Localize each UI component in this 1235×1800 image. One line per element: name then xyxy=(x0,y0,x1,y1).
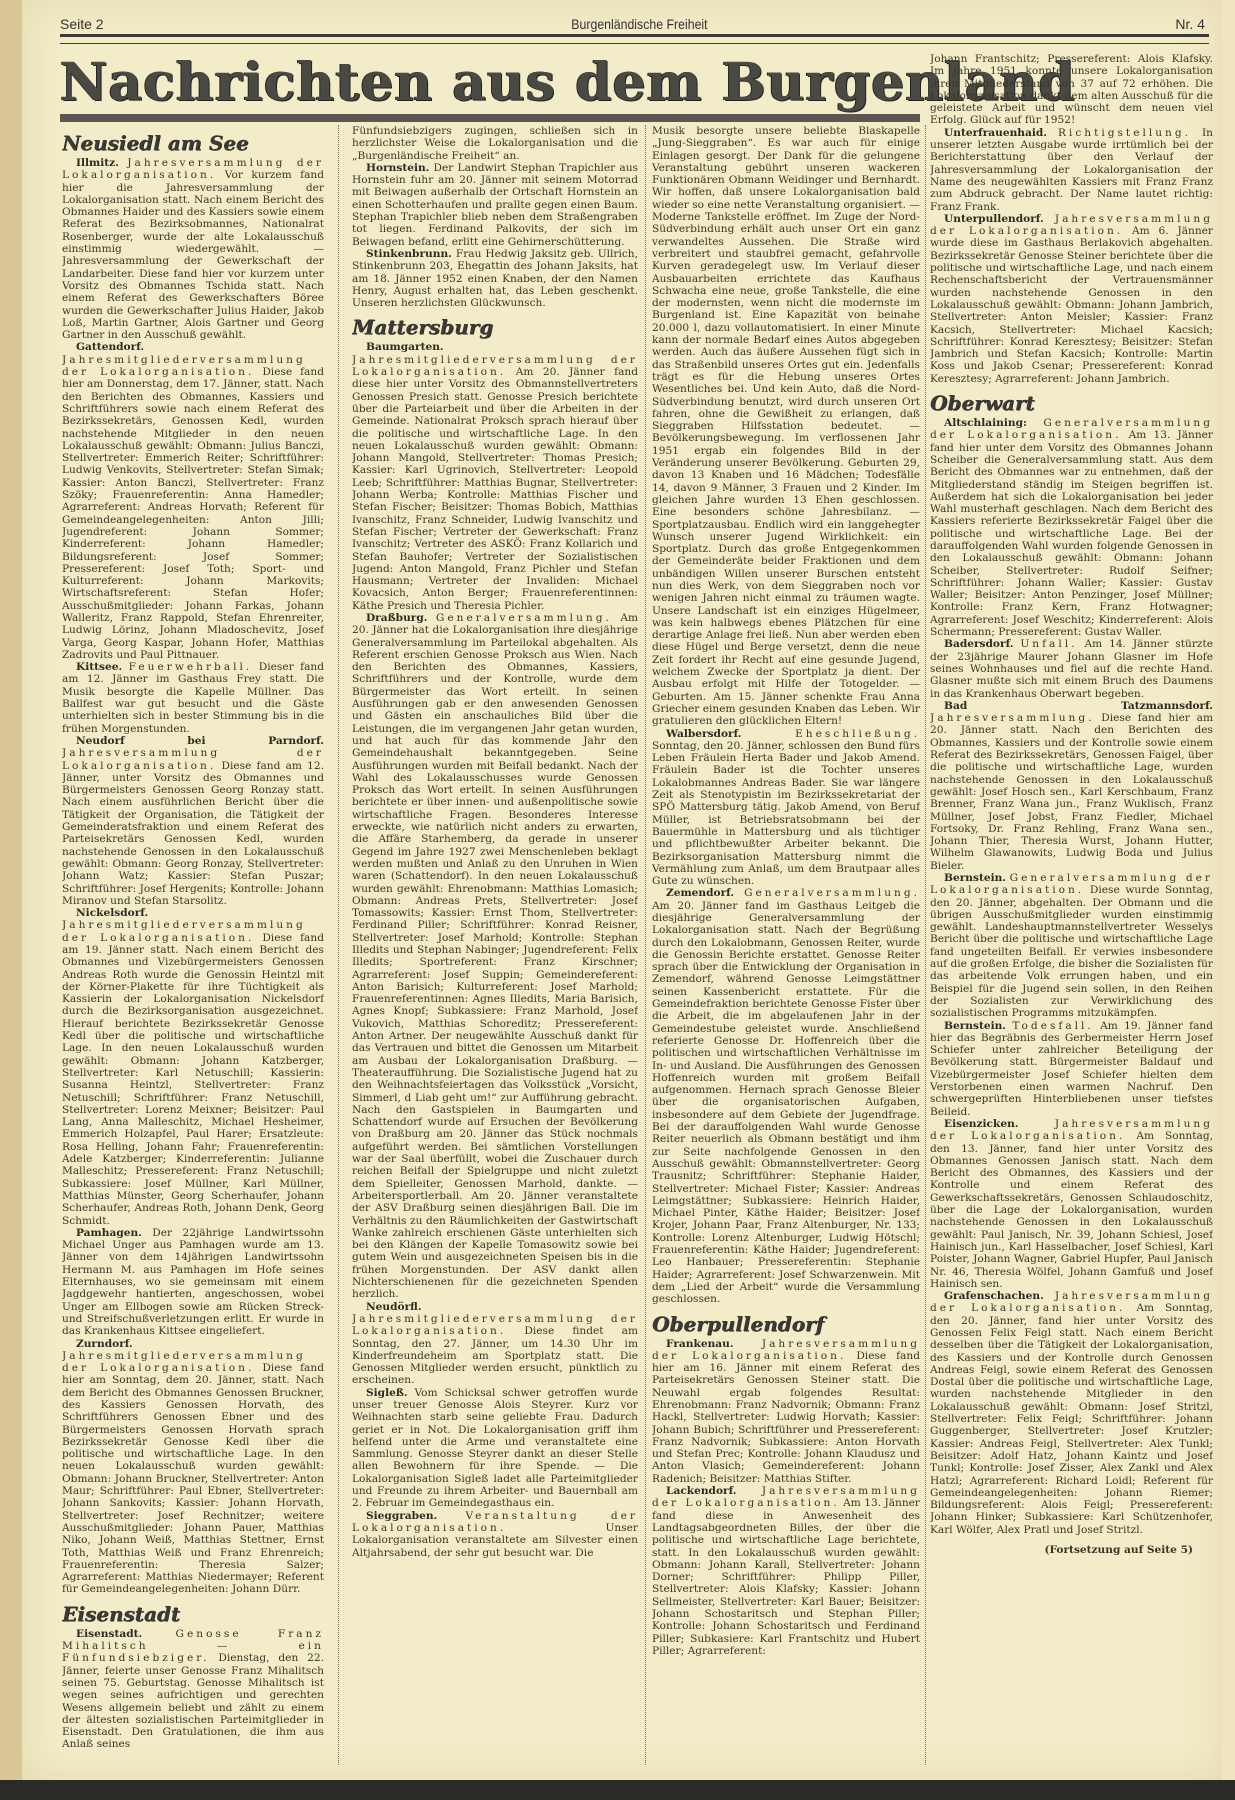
article-body: Diese fand hier am Sonntag, dem 20. Jänn… xyxy=(62,1362,324,1595)
article-grafenschachen: Grafenschachen. Jahresversammlung der Lo… xyxy=(930,1290,1213,1536)
article-eisenstadt: Eisenstadt. Genosse Franz Mihalitsch — e… xyxy=(62,1628,324,1751)
article-place: Gattendorf. xyxy=(76,341,144,353)
article-stinkenbrunn: Stinkenbrunn. Frau Hedwig Jaksitz geb. U… xyxy=(352,248,638,309)
column-4: Johann Frantschitz; Pressereferent: Aloi… xyxy=(930,53,1213,1773)
article-continued: Fünfundsiebzigers zugingen, schließen si… xyxy=(352,125,638,162)
article-place: Pamhagen. xyxy=(76,1227,142,1239)
article-continued: Musik besorgte unsere beliebte Blaskapel… xyxy=(652,125,920,728)
article-body: Am 13. Jänner fand diese in Anwesenheit … xyxy=(652,1497,920,1657)
newspaper-name: Burgenländische Freiheit xyxy=(571,16,707,32)
column-1: Neusiedl am See Illmitz. Jahresversammlu… xyxy=(62,125,324,1775)
article-drassburg: Draßburg. Generalversammlung. Am 20. Jän… xyxy=(352,612,638,1301)
article-place: Sieggraben. xyxy=(366,1510,437,1522)
article-neudoerfl: Neudörfl. Jahresmitgliederversammlung de… xyxy=(352,1301,638,1387)
article-body: Diese fand am 12. Jänner, unter Vorsitz … xyxy=(62,760,324,907)
page-headline: Nachrichten aus dem Burgenland xyxy=(60,55,920,111)
article-place: Bad Tatzmannsdorf. xyxy=(944,700,1213,712)
article-place: Draßburg. xyxy=(366,612,427,624)
column-divider xyxy=(925,125,927,1765)
running-header: Seite 2 Burgenländische Freiheit Nr. 4 xyxy=(60,8,1205,32)
article-unterpullendorf: Unterpullendorf. Jahresversammlung der L… xyxy=(930,213,1213,385)
article-zurndorf: Zurndorf. Jahresmitgliederversammlung de… xyxy=(62,1338,324,1596)
section-heading-neusiedl: Neusiedl am See xyxy=(62,131,324,155)
article-place: Bernstein. xyxy=(944,872,1006,884)
article-place: Badersdorf. xyxy=(944,638,1013,650)
article-place: Eisenzicken. xyxy=(944,1118,1018,1130)
article-kittsee: Kittsee. Feuerwehrball. Dieser fand am 1… xyxy=(62,661,324,735)
article-body: Der 22jährige Landwirtssohn Michael Unge… xyxy=(62,1227,324,1337)
article-neudorf: Neudorf bei Parndorf. Jahresversammlung … xyxy=(62,735,324,907)
article-frankenau: Frankenau. Jahresversammlung der Lokalor… xyxy=(652,1338,920,1486)
article-sigless: Sigleß. Vom Schicksal schwer getroffen w… xyxy=(352,1387,638,1510)
article-place: Kittsee. xyxy=(76,661,122,673)
article-place: Altschlaining: xyxy=(944,417,1027,429)
article-illmitz: Illmitz. Jahresversammlung der Lokalorga… xyxy=(62,157,324,341)
column-2: Fünfundsiebzigers zugingen, schließen si… xyxy=(352,125,638,1775)
article-walbersdorf: Walbersdorf. Eheschließung. Sonntag, den… xyxy=(652,728,920,888)
article-body: Vom Schicksal schwer getroffen wurde uns… xyxy=(352,1387,638,1510)
article-body: Am 20. Jänner fand im Gasthaus Leitgeb d… xyxy=(652,900,920,1306)
article-baumgarten: Baumgarten. Jahresmitgliederversammlung … xyxy=(352,341,638,612)
article-place: Neudorf bei Parndorf. xyxy=(76,735,324,747)
article-place: Bernstein. xyxy=(944,1020,1006,1032)
article-place: Illmitz. xyxy=(76,157,119,169)
article-body: Der Landwirt Stephan Trapichler aus Horn… xyxy=(352,162,638,248)
article-place: Stinkenbrunn. xyxy=(366,248,452,260)
article-pamhagen: Pamhagen. Der 22jährige Landwirtssohn Mi… xyxy=(62,1227,324,1338)
continuation-note: (Fortsetzung auf Seite 5) xyxy=(930,1544,1213,1556)
article-title: Eheschließung. xyxy=(795,728,920,740)
article-body: Am 20. Jänner fand diese hier unter Vors… xyxy=(352,366,638,612)
article-zemendorf: Zemendorf. Generalversammlung. Am 20. Jä… xyxy=(652,887,920,1305)
article-nickelsdorf: Nickelsdorf. Jahresmitgliederversammlung… xyxy=(62,907,324,1227)
article-body: Diese fand am 19. Jänner statt. Nach ein… xyxy=(62,932,324,1227)
article-body: Sonntag, den 20. Jänner, schlossen den B… xyxy=(652,740,920,887)
section-heading-eisenstadt: Eisenstadt xyxy=(62,1602,324,1626)
article-gattendorf: Gattendorf. Jahresmitgliederversammlung … xyxy=(62,341,324,661)
article-continued: Johann Frantschitz; Pressereferent: Aloi… xyxy=(930,53,1213,127)
article-place: Grafenschachen. xyxy=(944,1290,1044,1302)
article-hornstein: Hornstein. Der Landwirt Stephan Trapichl… xyxy=(352,162,638,248)
article-place: Zurndorf. xyxy=(76,1338,133,1350)
article-body: Diese wurde Sonntag, den 20. Jänner, abg… xyxy=(930,884,1213,1019)
article-place: Lackendorf. xyxy=(666,1485,736,1497)
article-body: Diese fand hier am Donnerstag, dem 17. J… xyxy=(62,366,324,661)
article-body: Am 6. Jänner wurde diese im Gasthaus Ber… xyxy=(930,225,1213,385)
headline-rule xyxy=(60,114,920,122)
article-place: Sigleß. xyxy=(366,1387,408,1399)
article-body: Diese fand hier am 16. Jänner mit einem … xyxy=(652,1350,920,1485)
section-heading-oberwart: Oberwart xyxy=(930,391,1213,415)
article-body: Am 19. Jänner fand hier das Begräbnis de… xyxy=(930,1020,1213,1118)
article-body: Dienstag, den 22. Jänner, feierte unser … xyxy=(62,1652,324,1750)
article-place: Zemendorf. xyxy=(666,887,734,899)
article-title: Generalversammlung. xyxy=(744,887,920,899)
article-title: Richtigstellung. xyxy=(1058,127,1191,139)
article-place: Hornstein. xyxy=(366,162,429,174)
article-title: Generalversammlung. xyxy=(436,612,612,624)
article-place: Neudörfl. xyxy=(366,1301,422,1313)
article-bad-tatzmannsdorf: Bad Tatzmannsdorf. Jahresversammlung. Di… xyxy=(930,700,1213,872)
column-divider xyxy=(645,125,647,1765)
scan-bottom-edge xyxy=(0,1780,1235,1800)
article-title: Unfall. xyxy=(1020,638,1077,650)
article-place: Unterfrauenhaid. xyxy=(944,127,1047,139)
article-body: Am 20. Jänner hat die Lokalorganisation … xyxy=(352,612,638,1300)
article-place: Eisenstadt. xyxy=(76,1628,142,1640)
article-place: Frankenau. xyxy=(666,1338,734,1350)
page-fold-edge xyxy=(0,0,22,1800)
article-body: Am Sonntag, den 20. Jänner, fand hier un… xyxy=(930,1302,1213,1535)
section-heading-oberpullendorf: Oberpullendorf xyxy=(652,1312,920,1336)
article-bernstein-todesfall: Bernstein. Todesfall. Am 19. Jänner fand… xyxy=(930,1020,1213,1118)
article-body: In unserer letzten Ausgabe wurde irrtüml… xyxy=(930,127,1213,213)
page-number: Seite 2 xyxy=(60,16,104,32)
article-title: Jahresversammlung. xyxy=(930,712,1095,724)
article-altschlaining: Altschlaining: Generalversammlung der Lo… xyxy=(930,417,1213,638)
article-body: Vor kurzem fand hier die Jahresversammlu… xyxy=(62,169,324,341)
article-place: Walbersdorf. xyxy=(666,728,741,740)
issue-number: Nr. 4 xyxy=(1175,16,1205,32)
article-bernstein-versammlung: Bernstein. Generalversammlung der Lokalo… xyxy=(930,872,1213,1020)
article-place: Baumgarten. xyxy=(366,341,444,353)
article-place: Nickelsdorf. xyxy=(76,907,148,919)
article-sieggraben: Sieggraben. Veranstaltung der Lokalorgan… xyxy=(352,1510,638,1559)
article-body: Diese fand hier am 20. Jänner statt. Nac… xyxy=(930,712,1213,872)
article-eisenzicken: Eisenzicken. Jahresversammlung der Lokal… xyxy=(930,1118,1213,1290)
article-body: Am 13. Jänner fand hier unter dem Vorsit… xyxy=(930,429,1213,638)
article-body: Am Sonntag, den 13. Jänner, fand hier un… xyxy=(930,1130,1213,1290)
section-heading-mattersburg: Mattersburg xyxy=(352,315,638,339)
article-place: Unterpullendorf. xyxy=(944,213,1044,225)
article-title: Todesfall. xyxy=(1012,1020,1094,1032)
article-lackendorf: Lackendorf. Jahresversammlung der Lokalo… xyxy=(652,1485,920,1657)
column-divider xyxy=(338,125,340,1765)
column-3: Musik besorgte unsere beliebte Blaskapel… xyxy=(652,125,920,1775)
article-unterfrauenhaid: Unterfrauenhaid. Richtigstellung. In uns… xyxy=(930,127,1213,213)
article-badersdorf: Badersdorf. Unfall. Am 14. Jänner stürzt… xyxy=(930,638,1213,699)
article-title: Feuerwehrball. xyxy=(129,661,253,673)
header-rule xyxy=(60,34,1209,44)
